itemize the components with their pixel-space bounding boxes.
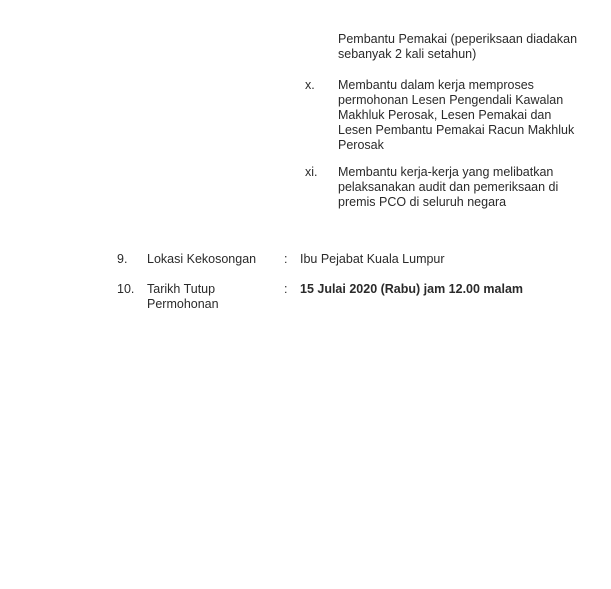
field-separator: : (284, 282, 294, 297)
sub-item-text: Membantu dalam kerja memproses permohona… (338, 78, 578, 153)
sub-item-text: Membantu kerja-kerja yang melibatkan pel… (338, 165, 578, 210)
field-separator: : (284, 252, 294, 267)
field-label: Lokasi Kekosongan (147, 252, 277, 267)
field-label: Tarikh Tutup Permohonan (147, 282, 247, 312)
field-number: 10. (117, 282, 147, 297)
field-value: 15 Julai 2020 (Rabu) jam 12.00 malam (300, 282, 590, 297)
field-number: 9. (117, 252, 147, 267)
sub-item-marker: xi. (305, 165, 335, 180)
field-value: Ibu Pejabat Kuala Lumpur (300, 252, 590, 267)
document-page: Pembantu Pemakai (peperiksaan diadakan s… (0, 0, 611, 589)
continuation-text: Pembantu Pemakai (peperiksaan diadakan s… (338, 32, 578, 62)
sub-item-marker: x. (305, 78, 335, 93)
